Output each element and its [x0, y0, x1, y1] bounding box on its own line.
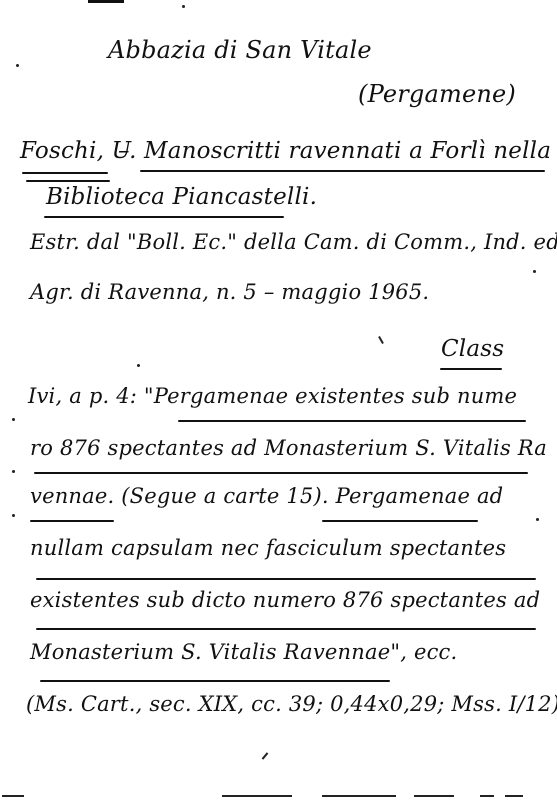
work-title-line-1: Manoscritti ravennati a Forlì nella — [144, 140, 551, 163]
scan-edge-noise — [322, 795, 396, 797]
body-underline-5 — [36, 628, 536, 630]
scan-edge-mark — [88, 0, 124, 3]
author-underline — [22, 172, 108, 174]
scan-speck — [12, 470, 15, 473]
body-line-5: existentes sub dicto numero 876 spectant… — [30, 590, 540, 611]
class-label: Class — [441, 338, 504, 361]
body-line-1: Ivi, a p. 4: "Pergamenae existentes sub … — [28, 386, 517, 407]
body-line-2: ro 876 spectantes ad Monasterium S. Vita… — [30, 438, 547, 459]
scan-edge-noise — [2, 795, 24, 797]
scan-edge-noise — [414, 795, 454, 797]
scan-mark — [262, 752, 269, 759]
scan-edge-noise — [480, 795, 494, 797]
scan-speck — [536, 518, 539, 521]
body-underline-6 — [40, 680, 390, 682]
scan-speck — [137, 364, 140, 367]
author-underline-2 — [26, 180, 110, 182]
scan-edge-noise — [222, 795, 292, 797]
card-subheading: (Pergamene) — [358, 82, 516, 106]
body-underline-1 — [178, 420, 526, 422]
scan-speck — [16, 64, 19, 67]
scan-edge-noise — [505, 795, 523, 797]
body-underline-3b — [322, 520, 478, 522]
scan-speck — [12, 418, 15, 421]
scan-speck — [12, 514, 15, 517]
card-heading: Abbazia di San Vitale — [108, 38, 372, 62]
body-underline-3a — [30, 520, 114, 522]
work-title-underline-2 — [44, 216, 284, 218]
publication-line-1: Estr. dal "Boll. Ec." della Cam. di Comm… — [30, 232, 557, 253]
scan-mark — [378, 336, 384, 344]
catalog-card: Abbazia di San Vitale (Pergamene) Foschi… — [0, 0, 557, 800]
work-title-underline-1 — [140, 170, 545, 172]
body-line-4: nullam capsulam nec fasciculum spectante… — [30, 538, 506, 559]
scan-speck — [533, 270, 536, 273]
shelfmark-citation: (Ms. Cart., sec. XIX, cc. 39; 0,44x0,29;… — [26, 694, 557, 715]
publication-line-2: Agr. di Ravenna, n. 5 – maggio 1965. — [30, 282, 429, 303]
body-underline-4 — [36, 578, 536, 580]
class-underline — [440, 368, 502, 370]
body-line-6: Monasterium S. Vitalis Ravennae", ecc. — [30, 642, 457, 663]
body-underline-2 — [34, 472, 528, 474]
work-title-line-2: Biblioteca Piancastelli. — [46, 186, 317, 209]
author-title-separator: – — [118, 140, 130, 163]
scan-speck — [182, 5, 185, 8]
body-line-3: vennae. (Segue a carte 15). Pergamenae a… — [30, 486, 503, 507]
